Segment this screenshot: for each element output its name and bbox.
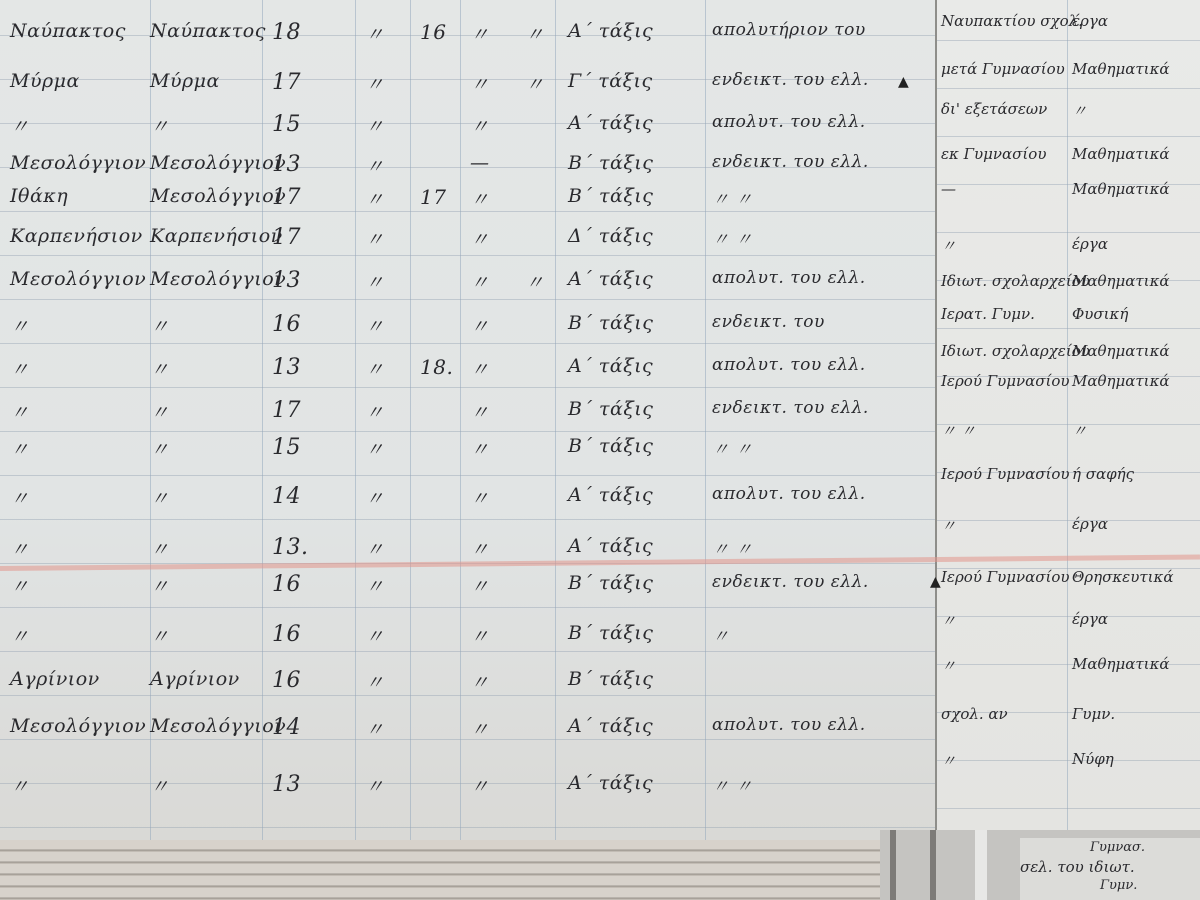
grid-row-line	[937, 424, 1200, 425]
cell-origin: Καρπενήσιον	[10, 225, 143, 247]
cell-ditto-1: 〃	[365, 355, 385, 382]
cell-ditto-2: 〃	[470, 225, 490, 252]
lower-sheet-text: Γυμνασ. σελ. του ιδιωτ. Γυμν.	[1020, 838, 1200, 900]
cell-age: 18	[272, 20, 301, 45]
right-entry-subject: Γυμν.	[1072, 705, 1115, 723]
right-entry-note: Ναυπακτίου σχολ.	[941, 12, 1083, 30]
cell-ditto-1: 〃	[365, 484, 385, 511]
cell-note: απολυτ. του ελλ.	[712, 715, 866, 735]
cell-second-number: 16	[420, 20, 446, 44]
right-entry-note: Ιδιωτ. σχολαρχείου	[941, 272, 1090, 290]
cell-ditto-1: 〃	[365, 535, 385, 562]
cell-origin: 〃	[10, 435, 30, 462]
right-entry-subject: Μαθηματικά	[1072, 655, 1170, 673]
cell-ditto-2: 〃	[470, 312, 490, 339]
cell-residence: Αγρίνιον	[150, 668, 240, 690]
grid-row-line	[937, 88, 1200, 89]
cell-origin: Ναύπακτος	[10, 20, 126, 42]
cell-ditto-3: 〃	[525, 268, 545, 295]
right-entry-subject: Μαθηματικά	[1072, 180, 1170, 198]
cell-note: ενδεικτ. του ελλ.	[712, 152, 869, 172]
lower-sheet-line: Γυμν.	[1100, 878, 1137, 893]
sheet-edge	[975, 830, 987, 900]
cell-ditto-1: 〃	[365, 398, 385, 425]
ink-arrow-marker: ▲	[898, 74, 909, 90]
right-entry-subject: ή σαφής	[1072, 465, 1134, 483]
right-entry-subject: Μαθηματικά	[1072, 60, 1170, 78]
cell-class: Α΄ τάξις	[568, 535, 653, 557]
right-entry-subject: Νύφη	[1072, 750, 1114, 768]
cell-ditto-2: 〃	[470, 20, 490, 47]
cell-age: 16	[272, 622, 301, 647]
sheet-edge	[890, 830, 896, 900]
right-entry-subject: Μαθηματικά	[1072, 272, 1170, 290]
cell-origin: 〃	[10, 622, 30, 649]
cell-age: 13	[272, 268, 301, 293]
register-row: 〃〃16〃〃Β΄ τάξιςενδεικτ. του ελλ.	[0, 572, 935, 612]
cell-class: Α΄ τάξις	[568, 484, 653, 506]
cell-note: 〃 〃	[712, 185, 753, 210]
register-row: 〃〃13〃18.〃Α΄ τάξιςαπολυτ. του ελλ.	[0, 355, 935, 395]
register-row: 〃〃16〃〃Β΄ τάξιςενδεικτ. του	[0, 312, 935, 352]
register-row: 〃〃13〃〃Α΄ τάξις〃 〃	[0, 772, 935, 812]
cell-ditto-2: 〃	[470, 112, 490, 139]
cell-residence: 〃	[150, 312, 170, 339]
cell-ditto-2: 〃	[470, 572, 490, 599]
cell-class: Γ΄ τάξις	[568, 70, 653, 92]
cell-ditto-1: 〃	[365, 70, 385, 97]
right-entry-subject: Μαθηματικά	[1072, 372, 1170, 390]
grid-row-line	[937, 616, 1200, 617]
right-entry-subject: Μαθηματικά	[1072, 342, 1170, 360]
right-entry-subject: έργα	[1072, 235, 1108, 253]
cell-ditto-2: 〃	[470, 70, 490, 97]
cell-ditto-1: 〃	[365, 268, 385, 295]
cell-origin: 〃	[10, 355, 30, 382]
ledger-photo: ΝαύπακτοςΝαύπακτος18〃16〃〃Α΄ τάξιςαπολυτή…	[0, 0, 1200, 900]
register-row: 〃〃14〃〃Α΄ τάξιςαπολυτ. του ελλ.	[0, 484, 935, 524]
cell-note: ενδεικτ. του ελλ.	[712, 398, 869, 418]
register-row: 〃〃15〃〃Α΄ τάξιςαπολυτ. του ελλ.	[0, 112, 935, 152]
cell-ditto-2: —	[470, 152, 490, 174]
right-page: Ναυπακτίου σχολ.έργαμετά ΓυμνασίουΜαθημα…	[935, 0, 1200, 830]
cell-class: Α΄ τάξις	[568, 355, 653, 377]
paper-stack-edges	[0, 840, 900, 900]
cell-residence: Καρπενήσιον	[150, 225, 283, 247]
register-row: 〃〃15〃〃Β΄ τάξις〃 〃	[0, 435, 935, 475]
cell-origin: 〃	[10, 398, 30, 425]
cell-class: Δ΄ τάξις	[568, 225, 653, 247]
cell-note: 〃 〃	[712, 772, 753, 797]
cell-age: 13	[272, 152, 301, 177]
register-row: ΚαρπενήσιονΚαρπενήσιον17〃〃Δ΄ τάξις〃 〃	[0, 225, 935, 265]
grid-row-line	[937, 520, 1200, 521]
cell-residence: 〃	[150, 355, 170, 382]
cell-origin: Αγρίνιον	[10, 668, 100, 690]
register-row: ΜεσολόγγιονΜεσολόγγιον13〃〃〃Α΄ τάξιςαπολυ…	[0, 268, 935, 308]
cell-ditto-1: 〃	[365, 312, 385, 339]
cell-ditto-2: 〃	[470, 484, 490, 511]
cell-ditto-1: 〃	[365, 668, 385, 695]
left-page: ΝαύπακτοςΝαύπακτος18〃16〃〃Α΄ τάξιςαπολυτή…	[0, 0, 935, 840]
grid-row-line	[937, 136, 1200, 137]
cell-age: 15	[272, 435, 301, 460]
cell-age: 16	[272, 668, 301, 693]
cell-residence: Μεσολόγγιον	[150, 152, 286, 174]
cell-ditto-1: 〃	[365, 715, 385, 742]
grid-column-line	[1067, 0, 1068, 830]
cell-ditto-2: 〃	[470, 435, 490, 462]
cell-origin: 〃	[10, 535, 30, 562]
cell-age: 14	[272, 484, 301, 509]
cell-ditto-1: 〃	[365, 622, 385, 649]
right-entry-subject: 〃	[1072, 420, 1087, 441]
cell-second-number: 17	[420, 185, 446, 209]
cell-origin: Μεσολόγγιον	[10, 715, 146, 737]
register-row: ΝαύπακτοςΝαύπακτος18〃16〃〃Α΄ τάξιςαπολυτή…	[0, 20, 935, 60]
cell-age: 17	[272, 398, 301, 423]
cell-class: Α΄ τάξις	[568, 772, 653, 794]
cell-class: Α΄ τάξις	[568, 715, 653, 737]
right-entry-note: 〃	[941, 610, 956, 631]
ink-arrow-marker: ▲	[930, 574, 941, 590]
right-entry-subject: Μαθηματικά	[1072, 145, 1170, 163]
cell-age: 16	[272, 572, 301, 597]
cell-ditto-1: 〃	[365, 112, 385, 139]
cell-ditto-1: 〃	[365, 152, 385, 179]
right-entry-note: 〃	[941, 235, 956, 256]
right-entry-note: 〃	[941, 750, 956, 771]
cell-note: απολυτ. του ελλ.	[712, 484, 866, 504]
cell-class: Β΄ τάξις	[568, 312, 653, 334]
cell-residence: 〃	[150, 112, 170, 139]
sheet-edge	[930, 830, 936, 900]
right-entry-subject: 〃	[1072, 100, 1087, 121]
cell-age: 17	[272, 225, 301, 250]
cell-age: 17	[272, 185, 301, 210]
cell-age: 13	[272, 355, 301, 380]
cell-origin: 〃	[10, 484, 30, 511]
cell-note: 〃	[712, 622, 730, 647]
lower-sheet: Γυμνασ. σελ. του ιδιωτ. Γυμν.	[880, 830, 1200, 900]
right-entry-note: μετά Γυμνασίου	[941, 60, 1065, 78]
right-entry-note: —	[941, 180, 956, 198]
cell-ditto-2: 〃	[470, 772, 490, 799]
register-row: ΑγρίνιονΑγρίνιον16〃〃Β΄ τάξις	[0, 668, 935, 708]
cell-class: Β΄ τάξις	[568, 152, 653, 174]
cell-origin: 〃	[10, 112, 30, 139]
right-entry-note: 〃 〃	[941, 420, 976, 441]
cell-class: Β΄ τάξις	[568, 185, 653, 207]
cell-age: 13	[272, 772, 301, 797]
right-entry-note: 〃	[941, 655, 956, 676]
cell-note: 〃 〃	[712, 535, 753, 560]
cell-residence: 〃	[150, 398, 170, 425]
cell-residence: 〃	[150, 435, 170, 462]
cell-ditto-2: 〃	[470, 622, 490, 649]
cell-residence: 〃	[150, 572, 170, 599]
cell-second-number: 18.	[420, 355, 453, 379]
cell-ditto-2: 〃	[470, 268, 490, 295]
register-row: 〃〃16〃〃Β΄ τάξις〃	[0, 622, 935, 662]
cell-origin: Μεσολόγγιον	[10, 152, 146, 174]
cell-ditto-2: 〃	[470, 535, 490, 562]
grid-row-line	[937, 760, 1200, 761]
cell-origin: Μύρμα	[10, 70, 80, 92]
cell-origin: 〃	[10, 312, 30, 339]
cell-origin: Μεσολόγγιον	[10, 268, 146, 290]
cell-ditto-2: 〃	[470, 668, 490, 695]
cell-age: 14	[272, 715, 301, 740]
cell-origin: 〃	[10, 772, 30, 799]
right-entry-note: Ιερατ. Γυμν.	[941, 305, 1035, 323]
cell-age: 15	[272, 112, 301, 137]
cell-note: απολυτ. του ελλ.	[712, 268, 866, 288]
register-row: ΜύρμαΜύρμα17〃〃〃Γ΄ τάξιςενδεικτ. του ελλ.	[0, 70, 935, 110]
cell-residence: 〃	[150, 484, 170, 511]
cell-ditto-3: 〃	[525, 70, 545, 97]
grid-row-line	[937, 328, 1200, 329]
cell-note: ενδεικτ. του ελλ.	[712, 572, 869, 592]
cell-ditto-2: 〃	[470, 398, 490, 425]
lower-sheet-line: σελ. του ιδιωτ.	[1020, 858, 1135, 876]
right-entry-note: 〃	[941, 515, 956, 536]
grid-row-line	[0, 475, 935, 476]
cell-class: Α΄ τάξις	[568, 20, 653, 42]
right-entry-note: Ιερού Γυμνασίου	[941, 568, 1070, 586]
cell-note: 〃 〃	[712, 435, 753, 460]
cell-age: 13.	[272, 535, 309, 560]
cell-age: 17	[272, 70, 301, 95]
right-entry-note: δι' εξετάσεων	[941, 100, 1047, 118]
right-entry-note: σχολ. αν	[941, 705, 1008, 723]
cell-ditto-1: 〃	[365, 20, 385, 47]
cell-class: Α΄ τάξις	[568, 112, 653, 134]
cell-note: 〃 〃	[712, 225, 753, 250]
grid-row-line	[0, 827, 935, 828]
cell-ditto-1: 〃	[365, 772, 385, 799]
cell-note: απολυτήριον του	[712, 20, 866, 40]
cell-origin: Ιθάκη	[10, 185, 68, 207]
cell-residence: Μεσολόγγιον	[150, 715, 286, 737]
right-entry-note: εκ Γυμνασίου	[941, 145, 1046, 163]
cell-class: Α΄ τάξις	[568, 268, 653, 290]
cell-age: 16	[272, 312, 301, 337]
cell-residence: 〃	[150, 772, 170, 799]
cell-ditto-2: 〃	[470, 185, 490, 212]
grid-row-line	[937, 232, 1200, 233]
register-row: 〃〃17〃〃Β΄ τάξιςενδεικτ. του ελλ.	[0, 398, 935, 438]
right-entry-subject: έργα	[1072, 515, 1108, 533]
right-entry-subject: Θρησκευτικά	[1072, 568, 1174, 586]
cell-ditto-1: 〃	[365, 225, 385, 252]
cell-ditto-2: 〃	[470, 355, 490, 382]
right-entry-subject: έργα	[1072, 610, 1108, 628]
cell-class: Β΄ τάξις	[568, 668, 653, 690]
register-row: ΜεσολόγγιονΜεσολόγγιον14〃〃Α΄ τάξιςαπολυτ…	[0, 715, 935, 755]
cell-ditto-1: 〃	[365, 572, 385, 599]
cell-ditto-2: 〃	[470, 715, 490, 742]
cell-residence: Μεσολόγγιον	[150, 185, 286, 207]
cell-class: Β΄ τάξις	[568, 435, 653, 457]
cell-note: ενδεικτ. του	[712, 312, 825, 332]
grid-row-line	[937, 40, 1200, 41]
cell-residence: Ναύπακτος	[150, 20, 266, 42]
cell-note: ενδεικτ. του ελλ.	[712, 70, 869, 90]
cell-note: απολυτ. του ελλ.	[712, 355, 866, 375]
right-entry-note: Ιερού Γυμνασίου	[941, 372, 1070, 390]
cell-class: Β΄ τάξις	[568, 398, 653, 420]
cell-origin: 〃	[10, 572, 30, 599]
lower-sheet-line: Γυμνασ.	[1090, 840, 1145, 855]
cell-class: Β΄ τάξις	[568, 622, 653, 644]
cell-class: Β΄ τάξις	[568, 572, 653, 594]
right-entry-note: Ιδιωτ. σχολαρχείου	[941, 342, 1090, 360]
cell-note: απολυτ. του ελλ.	[712, 112, 866, 132]
cell-residence: 〃	[150, 535, 170, 562]
cell-residence: 〃	[150, 622, 170, 649]
cell-residence: Μεσολόγγιον	[150, 268, 286, 290]
cell-ditto-1: 〃	[365, 185, 385, 212]
cell-ditto-1: 〃	[365, 435, 385, 462]
grid-row-line	[937, 808, 1200, 809]
register-row: ΙθάκηΜεσολόγγιον17〃17〃Β΄ τάξις〃 〃	[0, 185, 935, 225]
right-entry-subject: Φυσική	[1072, 305, 1128, 323]
cell-ditto-3: 〃	[525, 20, 545, 47]
right-entry-note: Ιερού Γυμνασίου	[941, 465, 1070, 483]
right-entry-subject: έργα	[1072, 12, 1108, 30]
cell-residence: Μύρμα	[150, 70, 220, 92]
